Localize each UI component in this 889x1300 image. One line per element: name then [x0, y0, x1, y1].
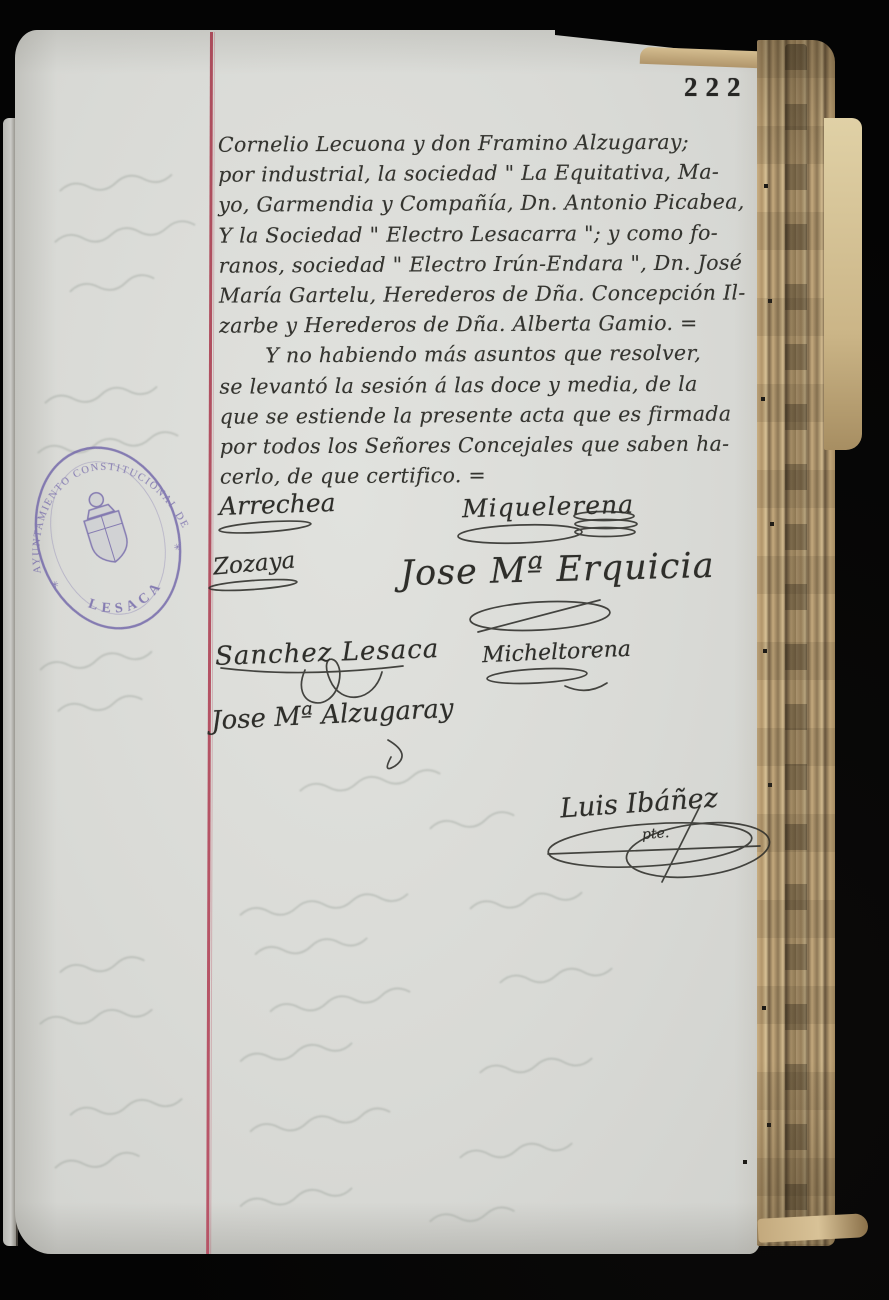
manuscript-line: cerlo, de que certifico. =: [220, 459, 772, 493]
stamp-star-left: ✳: [50, 579, 61, 591]
manuscript-line: Cornelio Lecuona y don Framino Alzugaray…: [218, 126, 770, 160]
signature-luis-ibanez-subscript: pte.: [641, 825, 669, 843]
manuscript-line: por todos los Señores Concejales que sab…: [220, 428, 772, 462]
manuscript-line: Y no habiendo más asuntos que resolver,: [219, 338, 771, 372]
fore-edge-bottom-corner: [757, 1213, 868, 1243]
stamp-bottom-text: LESACA: [83, 575, 172, 627]
scanned-minutes-photo: 222 Cornelio Lecuona y don Framino Alzug…: [0, 0, 889, 1300]
signature-jose-m-erquicia: Jose Mª Erquicia: [400, 546, 716, 594]
manuscript-line: que se estiende la presente acta que es …: [220, 398, 772, 432]
manuscript-line: Y la Sociedad " Electro Lesacarra "; y c…: [218, 217, 770, 251]
stamp-coat-of-arms: [77, 488, 132, 567]
folio-number-stamp: 222: [684, 72, 749, 103]
manuscript-line: María Gartelu, Herederos de Dña. Concepc…: [219, 277, 771, 311]
manuscript-line: zarbe y Herederos de Dña. Alberta Gamio.…: [219, 308, 771, 342]
manuscript-line: se levantó la sesión á las doce y media,…: [219, 368, 771, 402]
manuscript-text-block: Cornelio Lecuona y don Framino Alzugaray…: [218, 126, 772, 492]
manuscript-line: ranos, sociedad " Electro Irún-Endara ",…: [219, 247, 771, 281]
book-cover-edge: [824, 118, 862, 450]
manuscript-line: por industrial, la sociedad " La Equitat…: [218, 157, 770, 191]
stamp-star-right: ✳: [173, 542, 184, 554]
signature-miquelerena: Miquelerena: [462, 490, 635, 523]
signature-arrechea: Arrechea: [219, 488, 337, 521]
fore-edge-dark-streak: [785, 44, 807, 1240]
dust-specks: [0, 0, 2, 2]
manuscript-line: yo, Garmendia y Compañía, Dn. Antonio Pi…: [218, 187, 770, 221]
